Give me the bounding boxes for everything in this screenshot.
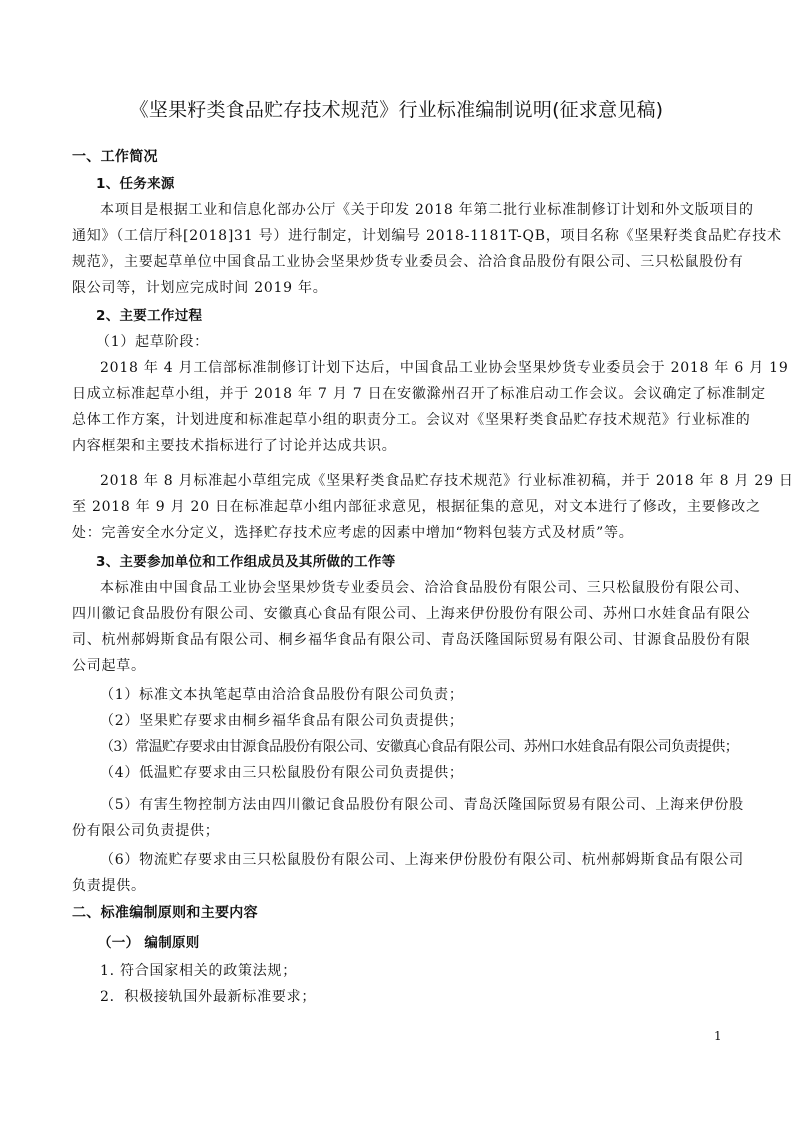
paragraph-line: 处：完善安全水分定义，选择贮存技术应考虑的因素中增加“物料包装方式及材质”等。 — [72, 524, 722, 542]
section-heading-principles-content: 二、标准编制原则和主要内容 — [72, 904, 722, 922]
paragraph-line: 负责提供。 — [72, 877, 722, 895]
list-item: 2．积极接轨国外最新标准要求； — [100, 988, 750, 1006]
paragraph-line: 日成立标准起草小组，并于 2018 年 7 月 7 日在安徽滁州召开了标准启动工… — [72, 385, 722, 403]
list-item: （4）低温贮存要求由三只松鼠股份有限公司负责提供； — [100, 764, 750, 782]
list-item: 1. 符合国家相关的政策法规； — [100, 962, 750, 980]
paragraph-line: 份有限公司负责提供； — [72, 822, 722, 840]
subheading-task-source: 1、任务来源 — [96, 175, 746, 193]
paragraph-line: 通知》（工信厅科[2018]31 号）进行制定，计划编号 2018-1181T-… — [72, 227, 722, 245]
subheading-compilation-principles: （一） 编制原则 — [98, 934, 748, 952]
list-item: （6）物流贮存要求由三只松鼠股份有限公司、上海来伊份股份有限公司、杭州郝姆斯食品… — [100, 851, 720, 869]
document-page: 《坚果籽类食品贮存技术规范》行业标准编制说明(征求意见稿) 一、工作简况 1、任… — [0, 0, 793, 1122]
paragraph-line: 总体工作方案，计划进度和标准起草小组的职责分工。会议对《坚果籽类食品贮存技术规范… — [72, 411, 722, 429]
paragraph-line: 本标准由中国食品工业协会坚果炒货专业委员会、洽洽食品股份有限公司、三只松鼠股份有… — [100, 579, 720, 597]
document-title: 《坚果籽类食品贮存技术规范》行业标准编制说明(征求意见稿) — [0, 95, 793, 122]
paragraph-line: 司、杭州郝姆斯食品有限公司、桐乡福华食品有限公司、青岛沃隆国际贸易有限公司、甘源… — [72, 631, 722, 649]
paragraph-line: 2018 年 4 月工信部标准制修订计划下达后，中国食品工业协会坚果炒货专业委员… — [100, 359, 720, 377]
paragraph-line: 四川徽记食品股份有限公司、安徽真心食品有限公司、上海来伊份股份有限公司、苏州口水… — [72, 605, 722, 623]
subheading-main-work-process: 2、主要工作过程 — [96, 307, 746, 325]
paragraph-line: 限公司等，计划应完成时间 2019 年。 — [72, 279, 722, 297]
list-item: （1）标准文本执笔起草由洽洽食品股份有限公司负责； — [100, 686, 750, 704]
list-item: （2）坚果贮存要求由桐乡福华食品有限公司负责提供； — [100, 712, 750, 730]
list-item: （3）常温贮存要求由甘源食品股份有限公司、安徽真心食品有限公司、苏州口水娃食品有… — [100, 738, 750, 756]
list-item: （5）有害生物控制方法由四川徽记食品股份有限公司、青岛沃隆国际贸易有限公司、上海… — [100, 796, 720, 814]
paragraph-line: 本项目是根据工业和信息化部办公厅《关于印发 2018 年第二批行业标准制修订计划… — [100, 201, 720, 219]
paragraph-line: 2018 年 8 月标准起小草组完成《坚果籽类食品贮存技术规范》行业标准初稿，并… — [100, 472, 720, 490]
paragraph-line: （1）起草阶段： — [96, 333, 746, 351]
paragraph-line: 至 2018 年 9 月 20 日在标准起草小组内部征求意见，根据征集的意见，对… — [72, 498, 722, 516]
paragraph-line: 内容框架和主要技术指标进行了讨论并达成共识。 — [72, 437, 722, 455]
page-number: 1 — [714, 1029, 722, 1043]
paragraph-line: 公司起草。 — [72, 657, 722, 675]
section-heading-work-overview: 一、工作简况 — [72, 148, 722, 166]
subheading-participants: 3、主要参加单位和工作组成员及其所做的工作等 — [96, 553, 746, 571]
paragraph-line: 规范》，主要起草单位中国食品工业协会坚果炒货专业委员会、洽洽食品股份有限公司、三… — [72, 253, 722, 271]
